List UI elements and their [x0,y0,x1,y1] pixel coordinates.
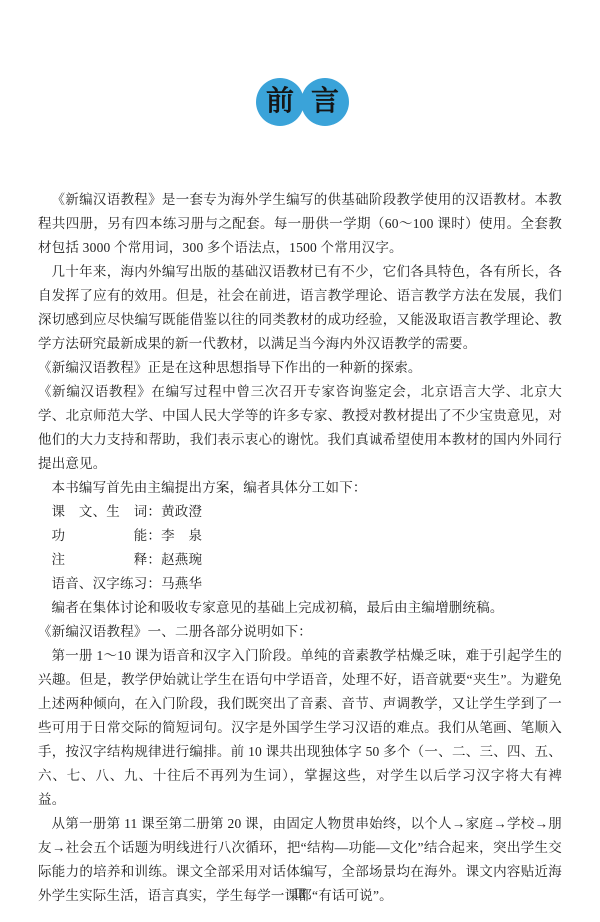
preface-body: 《新编汉语教程》是一套专为海外学生编写的供基础阶段教学使用的汉语教材。本教程共四… [38,188,562,908]
paragraph-acknowledgements: 《新编汉语教程》在编写过程中曾三次召开专家咨询鉴定会，北京语言大学、北京大学、北… [38,380,562,476]
title-circle-right: 言 [301,78,349,126]
paragraph-background: 几十年来，海内外编写出版的基础汉语教材已有不少，它们各具特色，各有所长，各自发挥… [38,260,562,356]
paragraph-exploration: 《新编汉语教程》正是在这种思想指导下作出的一种新的探索。 [38,356,562,380]
paragraph-division-intro: 本书编写首先由主编提出方案，编者具体分工如下： [38,476,562,500]
title-circle-left: 前 [256,78,304,126]
credit-line-annotation: 注 释：赵燕琬 [38,548,562,572]
preface-title-badge: 前 言 [256,78,349,126]
preface-page: 前 言 《新编汉语教程》是一套专为海外学生编写的供基础阶段教学使用的汉语教材。本… [0,0,600,922]
credit-line-text-vocab: 课 文、生 词：黄政澄 [38,500,562,524]
credit-line-function: 功 能：李 泉 [38,524,562,548]
paragraph-volume-notes-intro: 《新编汉语教程》一、二册各部分说明如下： [38,620,562,644]
paragraph-intro: 《新编汉语教程》是一套专为海外学生编写的供基础阶段教学使用的汉语教材。本教程共四… [38,188,562,260]
page-number: Ⅲ [0,886,600,902]
paragraph-drafting: 编者在集体讨论和吸收专家意见的基础上完成初稿，最后由主编增删统稿。 [38,596,562,620]
paragraph-volume1-phonetics: 第一册 1～10 课为语音和汉字入门阶段。单纯的音素教学枯燥乏味，难于引起学生的… [38,644,562,812]
credit-line-phonetics: 语音、汉字练习：马燕华 [38,572,562,596]
